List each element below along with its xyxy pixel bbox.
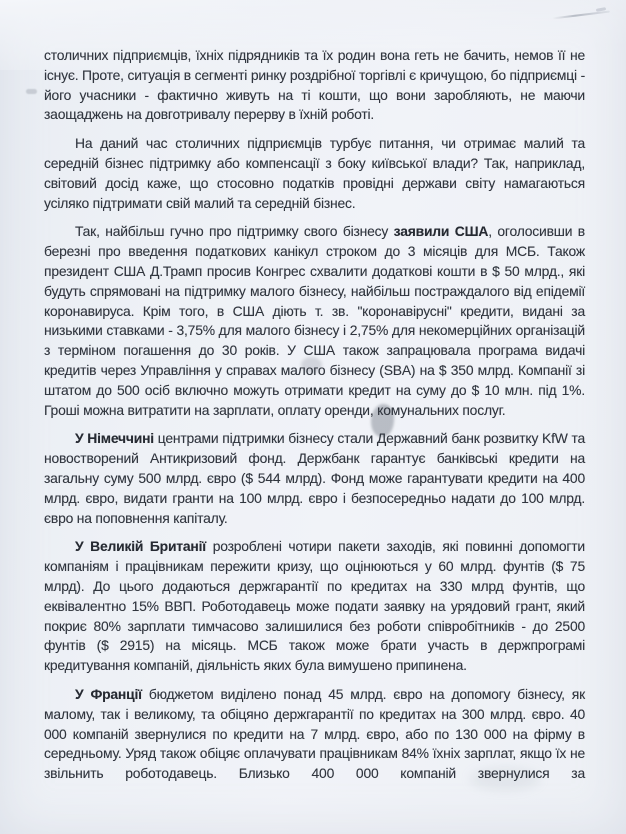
text-run: столичних підприємців, їхніх підрядників… <box>44 47 585 122</box>
paragraph: У Німеччині центрами підтримки бізнесу с… <box>44 429 585 528</box>
scanned-document-page: столичних підприємців, їхніх підрядників… <box>0 0 626 834</box>
paragraph: У Великій Британії розроблені чотири пак… <box>44 537 585 676</box>
text-run: Так, найбільш гучно про підтримку свого … <box>75 223 394 239</box>
scan-scratch-speck <box>596 7 606 12</box>
document-body: столичних підприємців, їхніх підрядників… <box>44 46 585 784</box>
paragraph: У Франції бюджетом виділено понад 45 млр… <box>44 685 585 784</box>
paragraph: Так, найбільш гучно про підтримку свого … <box>44 222 585 420</box>
text-run-bold: заявили США <box>394 223 489 239</box>
scan-scratch-mark <box>552 10 610 19</box>
text-run-bold: У Німеччині <box>75 430 154 446</box>
text-run: розроблені чотири пакети заходів, які по… <box>44 538 585 673</box>
text-run: , оголосивши в березні про введення пода… <box>44 223 585 417</box>
paragraph: столичних підприємців, їхніх підрядників… <box>44 46 585 125</box>
scan-margin-mark <box>26 89 37 94</box>
text-run: На даний час столичних підприємців турбу… <box>44 135 585 210</box>
paragraph: На даний час столичних підприємців турбу… <box>44 134 585 213</box>
text-run-bold: У Франції <box>75 686 142 702</box>
text-run-bold: У Великій Британії <box>75 538 206 554</box>
